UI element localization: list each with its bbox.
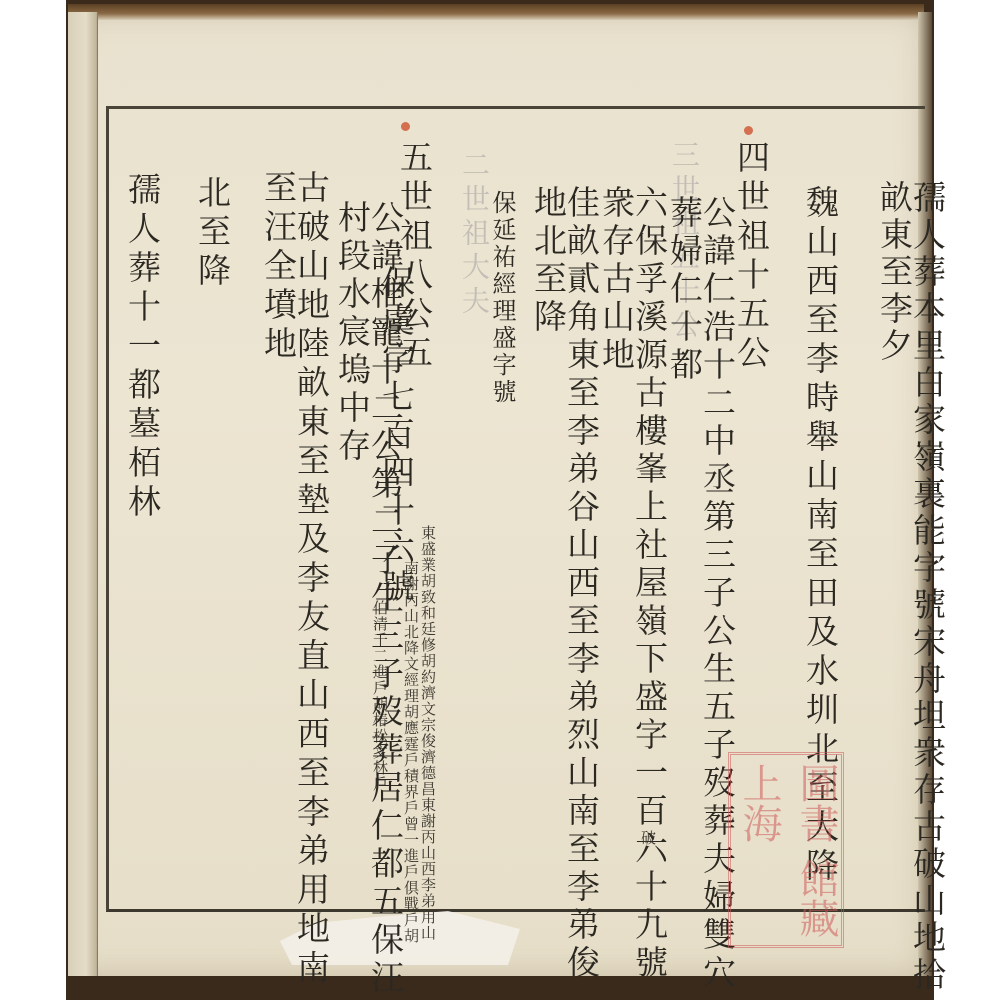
text-column-13: 孺人葬十一都墓栢林 [126, 172, 159, 523]
small-note-a: 東盛業胡致和廷修胡約濟文宗俊濟德昌東謝丙山西李弟用山 [420, 525, 435, 941]
generation-heading-4: 四世祖十五公 [735, 140, 768, 374]
seal-char: 上海 [731, 763, 788, 843]
red-dot-marker [744, 126, 753, 135]
binding-fold [68, 12, 98, 976]
red-dot-marker [401, 122, 410, 131]
correction-annotation: 破 [640, 830, 655, 846]
text-column-1: 孺人葬本里白家嶺裏能字號宋舟坦衆存古破山地拾畝東至李夕 [878, 180, 944, 1000]
seal-char: 圖書 [788, 763, 845, 843]
bleed-through-text: 二世祖大夫 [460, 150, 488, 320]
text-column-6: 佳畝貳角東至李弟谷山西至李弟烈山南至李弟俊地北至降 [532, 185, 598, 1000]
text-column-7: 保延祐經理盛字號 [490, 190, 514, 406]
page-top-edge [68, 4, 924, 20]
library-seal: 上海 圖書 館藏 [728, 752, 844, 948]
text-column-11: 古破山地陸畝東至墊及李友直山西至李弟用地南至汪全墳地 [262, 170, 328, 1000]
small-note-b: 南謝丙山北降文經理胡應霆戶積界戶曾一進戶俱戰戶胡 [403, 560, 418, 944]
text-column-12: 北至降 [196, 175, 229, 292]
text-column-10: 公諱椎寵十二公第二子生三子歿葬居仁都五保汪村段水宸塢中存 [336, 200, 402, 1000]
seal-char: 館藏 [731, 858, 845, 938]
text-column-5: 六保孚溪源古樓峯上社屋嶺下盛字一百六十九號衆存古山地 [600, 185, 666, 1000]
text-column-4: 公諱仁浩十二中丞第三子公生五子歿葬夫婦雙穴葬婦仁十都 [668, 195, 734, 1000]
